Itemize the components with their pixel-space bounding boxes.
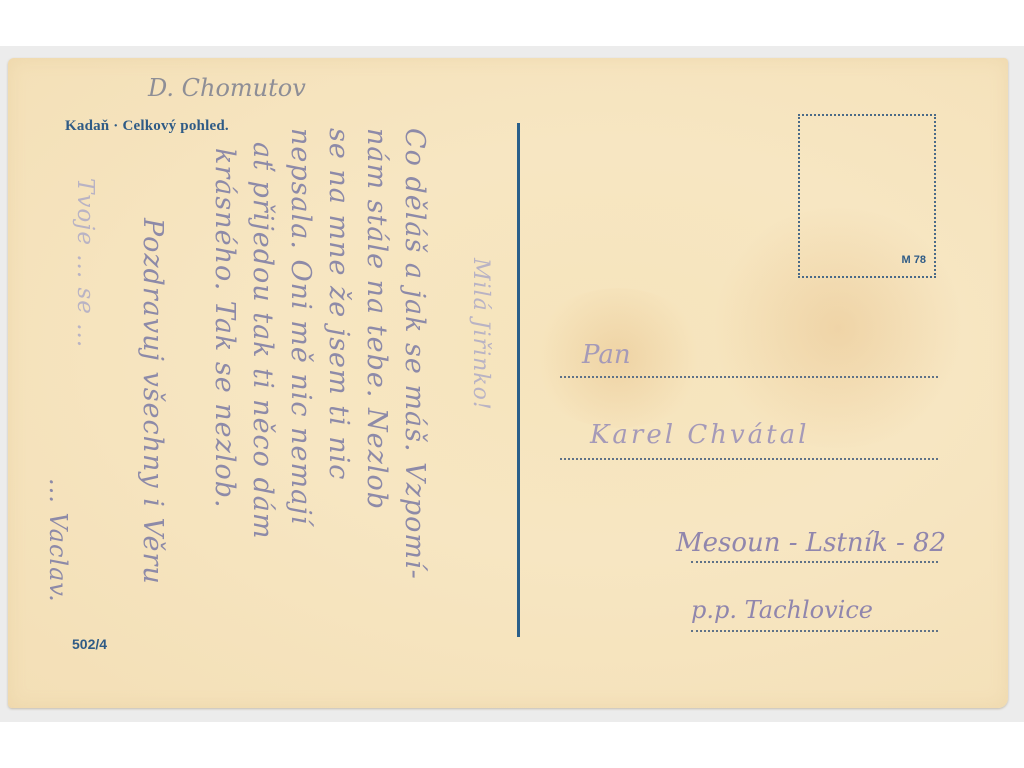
address-line-4 (691, 630, 938, 632)
address-name: Karel Chvátal (590, 420, 809, 450)
card-caption: Kadaň · Celkový pohled. (65, 118, 229, 135)
card-serial-number: 502/4 (72, 636, 107, 652)
stamp-placeholder-box: M 78 (798, 114, 936, 278)
address-street: Mesoun - Lstník - 82 (676, 528, 946, 558)
address-post-office: p.p. Tachlovice (691, 596, 873, 624)
postcard-back: Kadaň · Celkový pohled. 502/4 M 78 Pan K… (8, 58, 1008, 708)
address-line-3 (691, 561, 938, 563)
message-column: Pozdravuj všechny i Věru (137, 218, 168, 585)
message-column: ať přijedou tak ti něco dám (247, 142, 278, 540)
address-line-2 (560, 458, 938, 460)
message-column: se na mne že jsem ti nic (323, 128, 354, 480)
message-column-faint: Tvoje ... se ... (72, 178, 98, 348)
header-note: D. Chomutov (148, 74, 306, 102)
greeting: Milá Jiřinko! (468, 258, 493, 411)
message-column: krásného. Tak se nezlob. (209, 148, 240, 509)
message-column: nám stále na tebe. Nezlob (361, 128, 392, 510)
message-address-divider (517, 123, 520, 637)
stamp-code: M 78 (902, 254, 926, 266)
message-column: Co děláš a jak se máš. Vzpomí- (399, 128, 430, 580)
address-line-1 (560, 376, 938, 378)
address-salutation: Pan (582, 340, 631, 370)
message-column: nepsala. Oni mě nic nemají (285, 128, 316, 525)
message-column: ... Vaclav. (44, 478, 72, 603)
